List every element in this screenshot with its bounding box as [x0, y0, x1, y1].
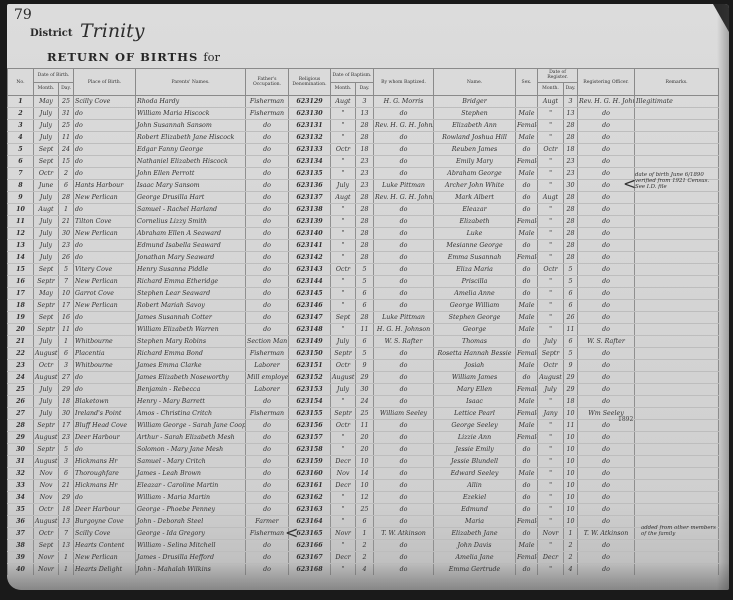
- baptized-by-cell: do: [374, 516, 434, 528]
- place-of-birth-cell: Scilly Cove: [74, 528, 136, 540]
- child-name-cell: Allin: [434, 480, 516, 492]
- child-name-cell: Mark Albert: [434, 192, 516, 204]
- table-row: 6Sept15doNathaniel Elizabeth Hiscockdo62…: [8, 156, 719, 168]
- table-row: 18Septr17New PerlicanRobert Mariah Savoy…: [8, 300, 719, 312]
- table-row: 14July26doJonathan Mary Seawarddo623142"…: [8, 252, 719, 264]
- child-name-cell: Maria: [434, 516, 516, 528]
- remarks-cell: [635, 216, 719, 228]
- child-name-cell: Elizabeth Ann: [434, 120, 516, 132]
- register-month-cell: July: [538, 384, 564, 396]
- sex-cell: Male: [516, 540, 538, 552]
- remarks-cell: [635, 120, 719, 132]
- sex-cell: do: [516, 492, 538, 504]
- register-month-cell: ": [538, 132, 564, 144]
- religious-denomination-cell: 623136: [289, 180, 331, 192]
- parents-names-cell: Solomon - Mary Jane Mesh: [136, 444, 246, 456]
- sex-cell: Male: [516, 396, 538, 408]
- row-number-cell: 1: [8, 96, 34, 108]
- child-name-cell: Edward Seeley: [434, 468, 516, 480]
- baptized-by-cell: W. S. Rafter: [374, 336, 434, 348]
- row-number-cell: 11: [8, 216, 34, 228]
- register-month-cell: ": [538, 252, 564, 264]
- birth-day-cell: 10: [59, 288, 74, 300]
- baptized-by-cell: do: [374, 456, 434, 468]
- fathers-occupation-cell: do: [246, 180, 289, 192]
- religious-denomination-cell: 623129: [289, 96, 331, 108]
- fathers-occupation-cell: do: [246, 156, 289, 168]
- table-row: 23Octr3WhitbourneJames Emma ClarkeLabore…: [8, 360, 719, 372]
- parents-names-cell: Henry - Mary Barrett: [136, 396, 246, 408]
- register-day-cell: 23: [564, 168, 578, 180]
- fathers-occupation-cell: do: [246, 240, 289, 252]
- register-day-cell: 10: [564, 444, 578, 456]
- place-of-birth-cell: Ireland's Point: [74, 408, 136, 420]
- row-number-cell: 19: [8, 312, 34, 324]
- register-day-cell: 11: [564, 324, 578, 336]
- remarks-cell: [635, 204, 719, 216]
- place-of-birth-cell: Hickmans Hr: [74, 456, 136, 468]
- birth-month-cell: Septr: [34, 444, 59, 456]
- baptized-by-cell: do: [374, 276, 434, 288]
- remarks-cell: [635, 276, 719, 288]
- place-of-birth-cell: Garrot Cove: [74, 288, 136, 300]
- parents-names-cell: William - Selina Mitchell: [136, 540, 246, 552]
- col-baptism-month: Month.: [331, 82, 356, 96]
- baptized-by-cell: do: [374, 372, 434, 384]
- religious-denomination-cell: 623130: [289, 108, 331, 120]
- col-register-day: Day.: [564, 82, 578, 96]
- baptism-month-cell: Sept: [331, 312, 356, 324]
- row-number-cell: 14: [8, 252, 34, 264]
- remarks-cell: [635, 420, 719, 432]
- religious-denomination-cell: 623153: [289, 384, 331, 396]
- religious-denomination-cell: 623156: [289, 420, 331, 432]
- registering-officer-cell: do: [578, 312, 635, 324]
- sex-cell: Male: [516, 468, 538, 480]
- register-month-cell: Novr: [538, 528, 564, 540]
- birth-day-cell: 23: [59, 432, 74, 444]
- register-day-cell: 23: [564, 156, 578, 168]
- birth-day-cell: 18: [59, 504, 74, 516]
- row-number-cell: 34: [8, 492, 34, 504]
- baptized-by-cell: do: [374, 216, 434, 228]
- place-of-birth-cell: Deer Harbour: [74, 504, 136, 516]
- page-bottom-shadow: [7, 562, 729, 590]
- baptism-month-cell: Decr: [331, 456, 356, 468]
- baptized-by-cell: do: [374, 360, 434, 372]
- child-name-cell: Lettice Pearl: [434, 408, 516, 420]
- register-day-cell: 18: [564, 396, 578, 408]
- fathers-occupation-cell: do: [246, 120, 289, 132]
- religious-denomination-cell: 623161: [289, 480, 331, 492]
- sex-cell: Male: [516, 420, 538, 432]
- col-date-of-birth: Date of Birth.: [34, 69, 74, 83]
- baptized-by-cell: do: [374, 384, 434, 396]
- baptism-day-cell: 1: [356, 528, 374, 540]
- baptism-day-cell: 10: [356, 456, 374, 468]
- register-day-cell: 28: [564, 252, 578, 264]
- birth-month-cell: July: [34, 108, 59, 120]
- fathers-occupation-cell: do: [246, 480, 289, 492]
- register-month-cell: ": [538, 516, 564, 528]
- parents-names-cell: Richard Emma Etheridge: [136, 276, 246, 288]
- birth-day-cell: 5: [59, 444, 74, 456]
- baptism-month-cell: ": [331, 432, 356, 444]
- title-suffix: for: [203, 50, 220, 64]
- parents-names-cell: Eleazar - Caroline Martin: [136, 480, 246, 492]
- parents-names-cell: Abraham Ellen A Seaward: [136, 228, 246, 240]
- birth-day-cell: 17: [59, 300, 74, 312]
- religious-denomination-cell: 623162: [289, 492, 331, 504]
- birth-month-cell: Octr: [34, 504, 59, 516]
- birth-month-cell: Octr: [34, 360, 59, 372]
- register-month-cell: ": [538, 300, 564, 312]
- remarks-cell: [635, 540, 719, 552]
- register-day-cell: 10: [564, 432, 578, 444]
- religious-denomination-cell: 623148: [289, 324, 331, 336]
- birth-month-cell: Septr: [34, 420, 59, 432]
- table-row: 25July29doBenjamin - RebeccaLaborer62315…: [8, 384, 719, 396]
- birth-month-cell: July: [34, 132, 59, 144]
- child-name-cell: Josiah: [434, 360, 516, 372]
- place-of-birth-cell: Placentia: [74, 348, 136, 360]
- birth-month-cell: August: [34, 432, 59, 444]
- birth-month-cell: June: [34, 180, 59, 192]
- baptized-by-cell: do: [374, 108, 434, 120]
- table-row: 8June6Hants HarbourIsaac Mary Sansomdo62…: [8, 180, 719, 192]
- child-name-cell: John Davis: [434, 540, 516, 552]
- child-name-cell: Elizabeth Jane: [434, 528, 516, 540]
- baptism-month-cell: Augt: [331, 192, 356, 204]
- birth-month-cell: July: [34, 252, 59, 264]
- registering-officer-cell: do: [578, 300, 635, 312]
- baptized-by-cell: do: [374, 432, 434, 444]
- religious-denomination-cell: 623163: [289, 504, 331, 516]
- place-of-birth-cell: do: [74, 384, 136, 396]
- child-name-cell: Priscilla: [434, 276, 516, 288]
- table-row: 13July23doEdmund Isabella Seawarddo62314…: [8, 240, 719, 252]
- row-number-cell: 26: [8, 396, 34, 408]
- parents-names-cell: George Drusilla Hart: [136, 192, 246, 204]
- child-name-cell: Emily Mary: [434, 156, 516, 168]
- register-day-cell: 28: [564, 132, 578, 144]
- baptism-day-cell: 28: [356, 192, 374, 204]
- parents-names-cell: Stephen Mary Robins: [136, 336, 246, 348]
- sex-cell: Male: [516, 132, 538, 144]
- registering-officer-cell: do: [578, 240, 635, 252]
- child-name-cell: George: [434, 324, 516, 336]
- col-sex: Sex.: [516, 69, 538, 96]
- baptized-by-cell: do: [374, 300, 434, 312]
- religious-denomination-cell: 623141: [289, 240, 331, 252]
- table-header: No. Date of Birth. Place of Birth. Paren…: [8, 69, 719, 96]
- parents-names-cell: William George - Sarah Jane Cooper: [136, 420, 246, 432]
- fathers-occupation-cell: do: [246, 540, 289, 552]
- table-row: 4July11doRobert Elizabeth Jane Hiscockdo…: [8, 132, 719, 144]
- table-row: 33Nov21Hickmans HrEleazar - Caroline Mar…: [8, 480, 719, 492]
- child-name-cell: Stephen George: [434, 312, 516, 324]
- remarks-cell: [635, 228, 719, 240]
- sex-cell: Female: [516, 384, 538, 396]
- parents-names-cell: Henry Susanna Piddle: [136, 264, 246, 276]
- register-month-cell: ": [538, 276, 564, 288]
- sex-cell: do: [516, 372, 538, 384]
- register-day-cell: 9: [564, 360, 578, 372]
- register-month-cell: ": [538, 456, 564, 468]
- baptism-day-cell: 28: [356, 312, 374, 324]
- religious-denomination-cell: 623160: [289, 468, 331, 480]
- row-number-cell: 8: [8, 180, 34, 192]
- birth-month-cell: Octr: [34, 168, 59, 180]
- register-month-cell: ": [538, 108, 564, 120]
- fathers-occupation-cell: Farmer: [246, 516, 289, 528]
- sex-cell: do: [516, 276, 538, 288]
- religious-denomination-cell: 623154: [289, 396, 331, 408]
- baptism-month-cell: ": [331, 204, 356, 216]
- fathers-occupation-cell: do: [246, 204, 289, 216]
- remarks-cell: [635, 336, 719, 348]
- child-name-cell: Edmund: [434, 504, 516, 516]
- fathers-occupation-cell: do: [246, 276, 289, 288]
- remarks-note-row-37: added from other members of the family: [641, 525, 721, 537]
- remarks-cell: [635, 288, 719, 300]
- child-name-cell: George Seeley: [434, 420, 516, 432]
- register-day-cell: 10: [564, 408, 578, 420]
- remarks-cell: [635, 372, 719, 384]
- baptism-month-cell: ": [331, 516, 356, 528]
- baptism-day-cell: 6: [356, 288, 374, 300]
- register-day-cell: 13: [564, 108, 578, 120]
- table-row: 16Septr7New PerlicanRichard Emma Etherid…: [8, 276, 719, 288]
- place-of-birth-cell: do: [74, 444, 136, 456]
- sex-cell: do: [516, 240, 538, 252]
- sex-cell: do: [516, 288, 538, 300]
- sex-cell: Female: [516, 156, 538, 168]
- col-birth-month: Month.: [34, 82, 59, 96]
- sex-cell: Female: [516, 348, 538, 360]
- child-name-cell: Eleazar: [434, 204, 516, 216]
- registering-officer-cell: do: [578, 492, 635, 504]
- fathers-occupation-cell: do: [246, 312, 289, 324]
- registering-officer-cell: do: [578, 504, 635, 516]
- place-of-birth-cell: Blaketown: [74, 396, 136, 408]
- table-row: 21July1WhitbourneStephen Mary RobinsSect…: [8, 336, 719, 348]
- child-name-cell: Elizabeth: [434, 216, 516, 228]
- table-row: 34Nov29doWilliam - Maria Martindo623162"…: [8, 492, 719, 504]
- remarks-cell: [635, 300, 719, 312]
- baptism-month-cell: ": [331, 252, 356, 264]
- birth-month-cell: August: [34, 516, 59, 528]
- place-of-birth-cell: do: [74, 324, 136, 336]
- row-number-cell: 21: [8, 336, 34, 348]
- baptism-day-cell: 25: [356, 408, 374, 420]
- baptism-month-cell: ": [331, 108, 356, 120]
- parents-names-cell: Edgar Fanny George: [136, 144, 246, 156]
- sex-cell: Male: [516, 312, 538, 324]
- birth-day-cell: 17: [59, 420, 74, 432]
- registering-officer-cell: do: [578, 444, 635, 456]
- register-month-cell: ": [538, 216, 564, 228]
- parents-names-cell: Amos - Christina Critch: [136, 408, 246, 420]
- registering-officer-cell: do: [578, 192, 635, 204]
- registering-officer-cell: do: [578, 468, 635, 480]
- register-day-cell: 5: [564, 264, 578, 276]
- parents-names-cell: William Maria Hiscock: [136, 108, 246, 120]
- sex-cell: Male: [516, 300, 538, 312]
- remarks-cell: Illegitimate: [635, 96, 719, 108]
- register-month-cell: ": [538, 240, 564, 252]
- baptism-day-cell: 14: [356, 468, 374, 480]
- registering-officer-cell: T. W. Atkinson: [578, 528, 635, 540]
- row-number-cell: 35: [8, 504, 34, 516]
- registering-officer-cell: do: [578, 324, 635, 336]
- col-place-of-birth: Place of Birth.: [74, 69, 136, 96]
- registering-officer-cell: do: [578, 540, 635, 552]
- registering-officer-cell: do: [578, 204, 635, 216]
- register-month-cell: ": [538, 324, 564, 336]
- birth-month-cell: May: [34, 288, 59, 300]
- birth-month-cell: Nov: [34, 468, 59, 480]
- register-month-cell: Augt: [538, 192, 564, 204]
- sex-cell: Female: [516, 432, 538, 444]
- religious-denomination-cell: 623147: [289, 312, 331, 324]
- religious-denomination-cell: 623134: [289, 156, 331, 168]
- row-number-cell: 15: [8, 264, 34, 276]
- registering-officer-cell: do: [578, 252, 635, 264]
- registering-officer-cell: do: [578, 360, 635, 372]
- baptism-day-cell: 30: [356, 384, 374, 396]
- fathers-occupation-cell: Section Man: [246, 336, 289, 348]
- register-day-cell: 10: [564, 504, 578, 516]
- register-month-cell: ": [538, 444, 564, 456]
- place-of-birth-cell: Tilton Cove: [74, 216, 136, 228]
- register-day-cell: 3: [564, 96, 578, 108]
- baptized-by-cell: do: [374, 204, 434, 216]
- child-name-cell: Archer John White: [434, 180, 516, 192]
- baptized-by-cell: do: [374, 504, 434, 516]
- register-day-cell: 5: [564, 276, 578, 288]
- sex-cell: do: [516, 144, 538, 156]
- row-number-cell: 13: [8, 240, 34, 252]
- fathers-occupation-cell: do: [246, 228, 289, 240]
- fathers-occupation-cell: Laborer: [246, 384, 289, 396]
- baptism-month-cell: July: [331, 384, 356, 396]
- baptism-month-cell: ": [331, 300, 356, 312]
- baptized-by-cell: Luke Pittman: [374, 312, 434, 324]
- baptism-month-cell: ": [331, 444, 356, 456]
- baptism-day-cell: 24: [356, 396, 374, 408]
- baptism-month-cell: ": [331, 132, 356, 144]
- parents-names-cell: Edmund Isabella Seaward: [136, 240, 246, 252]
- place-of-birth-cell: Hearts Content: [74, 540, 136, 552]
- baptized-by-cell: do: [374, 132, 434, 144]
- remarks-cell: [635, 252, 719, 264]
- registering-officer-cell: do: [578, 156, 635, 168]
- district-label: District: [30, 28, 73, 39]
- table-row: 32Nov6ThoroughfareJames - Leah Browndo62…: [8, 468, 719, 480]
- birth-month-cell: Sept: [34, 540, 59, 552]
- baptism-day-cell: 6: [356, 300, 374, 312]
- register-month-cell: ": [538, 420, 564, 432]
- registering-officer-cell: do: [578, 480, 635, 492]
- register-month-cell: Augt: [538, 96, 564, 108]
- register-month-cell: Jany: [538, 408, 564, 420]
- register-day-cell: 28: [564, 192, 578, 204]
- sex-cell: do: [516, 180, 538, 192]
- baptism-month-cell: Septr: [331, 348, 356, 360]
- fathers-occupation-cell: do: [246, 252, 289, 264]
- baptism-month-cell: Octr: [331, 420, 356, 432]
- child-name-cell: Rowland Joshua Hill: [434, 132, 516, 144]
- child-name-cell: Abraham George: [434, 168, 516, 180]
- child-name-cell: Amelia Anne: [434, 288, 516, 300]
- fathers-occupation-cell: do: [246, 168, 289, 180]
- baptism-day-cell: 28: [356, 252, 374, 264]
- baptism-day-cell: 9: [356, 360, 374, 372]
- fathers-occupation-cell: do: [246, 396, 289, 408]
- register-day-cell: 18: [564, 144, 578, 156]
- register-month-cell: ": [538, 540, 564, 552]
- birth-day-cell: 21: [59, 216, 74, 228]
- registering-officer-cell: do: [578, 228, 635, 240]
- place-of-birth-cell: do: [74, 120, 136, 132]
- row-number-cell: 29: [8, 432, 34, 444]
- sex-cell: do: [516, 204, 538, 216]
- birth-month-cell: Septr: [34, 300, 59, 312]
- place-of-birth-cell: do: [74, 312, 136, 324]
- register-month-cell: ": [538, 204, 564, 216]
- child-name-cell: Bridger: [434, 96, 516, 108]
- birth-month-cell: Sept: [34, 312, 59, 324]
- table-row: 10Augt1doSamuel - Rachel Harlanddo623138…: [8, 204, 719, 216]
- registering-officer-cell: do: [578, 108, 635, 120]
- table-row: 24August27doJames Elizabeth NoseworthyMi…: [8, 372, 719, 384]
- table-row: 19Sept16doJames Susannah Cotterdo623147S…: [8, 312, 719, 324]
- row-number-cell: 37: [8, 528, 34, 540]
- remarks-cell: [635, 108, 719, 120]
- registering-officer-cell: do: [578, 288, 635, 300]
- remarks-cell: [635, 492, 719, 504]
- table-row: 28Septr17Bluff Head CoveWilliam George -…: [8, 420, 719, 432]
- register-day-cell: 10: [564, 468, 578, 480]
- col-religious-denomination: Religious Denomination.: [289, 69, 331, 96]
- baptized-by-cell: H. G. H. Johnson: [374, 324, 434, 336]
- sex-cell: do: [516, 192, 538, 204]
- registering-officer-cell: do: [578, 396, 635, 408]
- register-day-cell: 28: [564, 240, 578, 252]
- baptized-by-cell: William Seeley: [374, 408, 434, 420]
- religious-denomination-cell: 623133: [289, 144, 331, 156]
- birth-month-cell: Augt: [34, 204, 59, 216]
- register-day-cell: 6: [564, 288, 578, 300]
- baptism-month-cell: Septr: [331, 408, 356, 420]
- fathers-occupation-cell: Mill employee: [246, 372, 289, 384]
- register-day-cell: 28: [564, 228, 578, 240]
- remarks-cell: [635, 240, 719, 252]
- place-of-birth-cell: do: [74, 492, 136, 504]
- register-day-cell: 10: [564, 516, 578, 528]
- register-month-cell: ": [538, 492, 564, 504]
- remarks-year-note: 1892: [618, 416, 633, 423]
- sex-cell: do: [516, 336, 538, 348]
- register-day-cell: 10: [564, 480, 578, 492]
- register-day-cell: 2: [564, 540, 578, 552]
- religious-denomination-cell: 623146: [289, 300, 331, 312]
- child-name-cell: Luke: [434, 228, 516, 240]
- fathers-occupation-cell: Fisherman: [246, 528, 289, 540]
- registering-officer-cell: do: [578, 456, 635, 468]
- place-of-birth-cell: New Perlican: [74, 192, 136, 204]
